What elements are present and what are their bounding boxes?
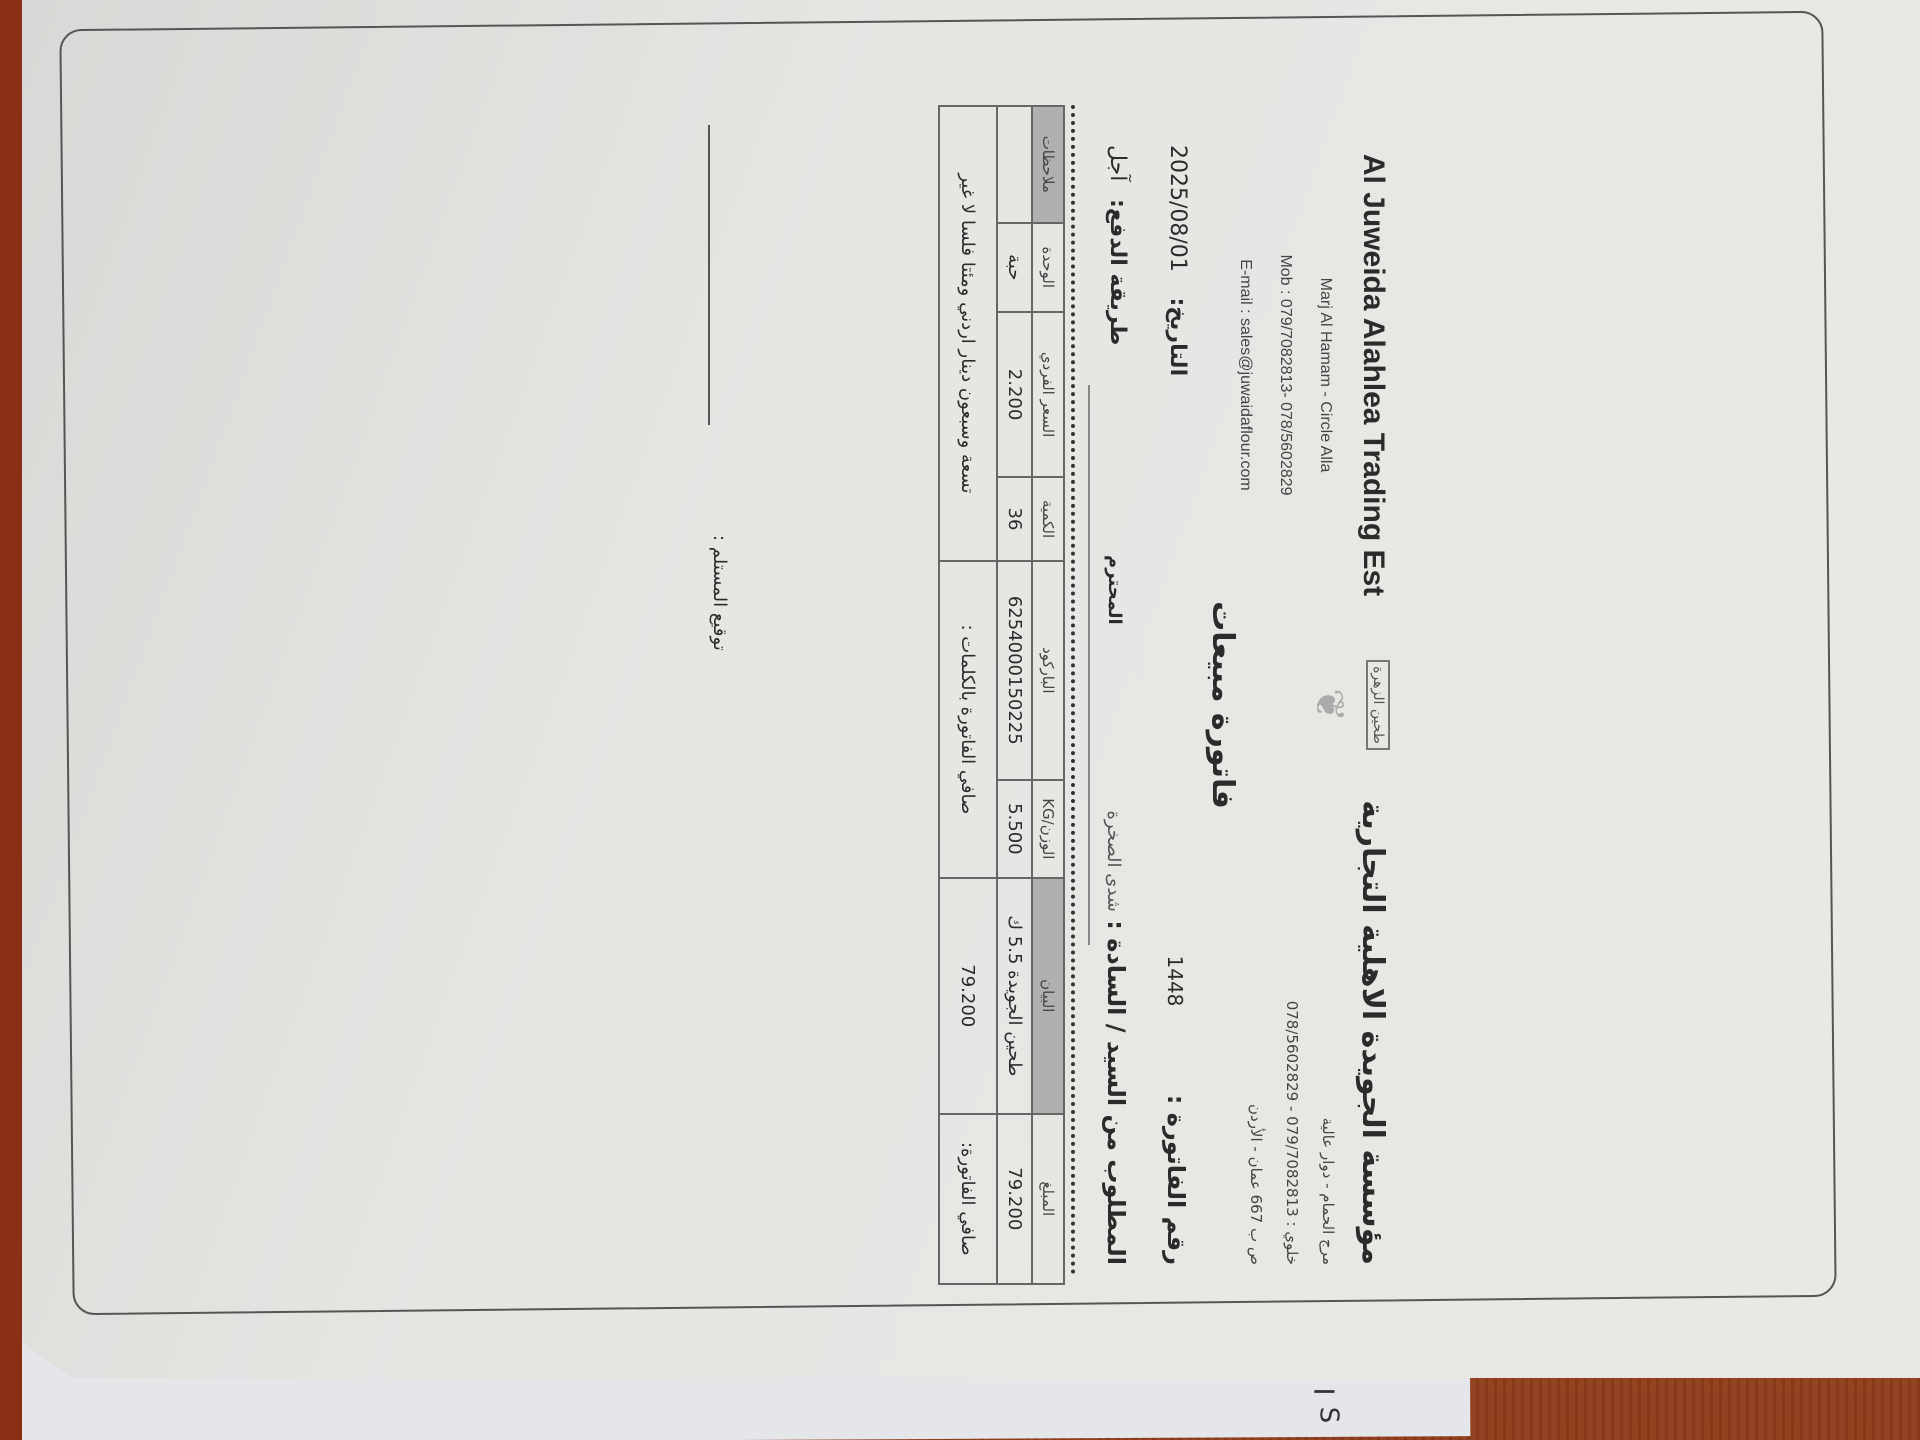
company-phone-arabic: خلوي : 079/7082813 - 078/5602829 [1283,745,1301,1265]
invoice-items-table: المبلغ البيان الوزن/KG الباركود الكمية ا… [938,105,1065,1285]
total-in-words-value: تسعة وسبعون دينار اردني ومئتا فلسا لا غي… [939,106,997,561]
header-amount: المبلغ [1032,1114,1064,1284]
cell-description: طحين الجويدة 5.5 ك [997,878,1032,1114]
customer-underline [1088,385,1090,945]
company-name-english: Al Juweida Alahlea Trading Est [1356,115,1390,635]
customer: المطلوب من السيد / السادة : شدى الصخرة [1102,810,1130,1265]
payment-label: طريقة الدفع: [1105,199,1130,345]
cell-weight: 5.500 [997,780,1032,878]
invoice-number-label: رقم الفاتورة : [1162,1095,1190,1265]
company-header-english: Al Juweida Alahlea Trading Est Marj Al H… [1236,115,1390,635]
net-total-label: صافي الفاتورة: [939,1114,997,1284]
invoice-document: مؤسسة الجويدة الاهلية التجارية مرج الحما… [60,85,1390,1325]
customer-name: شدى الصخرة [1103,810,1124,911]
cell-unit: حبة [997,223,1032,312]
header-description: البيان [1032,878,1064,1114]
company-address-english: Marj Al Hamam - Circle Alla [1316,115,1334,635]
total-in-words-label: صافي الفاتورة بالكلمات : [939,561,997,878]
customer-label: المطلوب من السيد / السادة : [1102,920,1130,1265]
cell-notes [997,106,1032,223]
invoice-date: التاريخ: 2025/08/01 [1165,145,1190,376]
signature-line [708,125,710,425]
cell-amount: 79.200 [997,1114,1032,1284]
payment-value: آجل [1105,145,1130,181]
company-name-arabic: مؤسسة الجويدة الاهلية التجارية [1355,745,1390,1265]
table-header-row: المبلغ البيان الوزن/KG الباركود الكمية ا… [1032,106,1064,1284]
wheat-emblem-icon: ❦ [1306,645,1352,765]
company-phone-english: Mob : 079/7082813- 078/5602829 [1276,115,1294,635]
wood-edge [0,0,22,1440]
header-weight: الوزن/KG [1032,780,1064,878]
date-label: التاريخ: [1165,297,1190,376]
invoice-number: رقم الفاتورة : 1448 [1162,956,1190,1266]
payment-method: طريقة الدفع: آجل [1105,145,1130,345]
invoice-title: فاتورة مبيعات [1205,595,1240,815]
recipient-signature-label: توقيع المستلم : [709,535,730,651]
header-quantity: الكمية [1032,477,1064,561]
cell-barcode: 6254000150225 [997,561,1032,780]
cell-unit-price: 2.200 [997,312,1032,477]
company-pobox-arabic: ص ب 667 عمان - الأردن [1247,745,1265,1265]
invoice-number-value: 1448 [1163,956,1187,1007]
net-total-value: 79.200 [939,878,997,1114]
underlying-paper-mark: S [1313,1407,1343,1424]
header-unit-price: السعر الفردي [1032,312,1064,477]
customer-honorific: المحترم [1104,555,1125,625]
cell-quantity: 36 [997,477,1032,561]
company-address-arabic: مرج الحمام - دوار عالية [1319,745,1337,1265]
dotted-separator [1071,105,1075,1275]
date-value: 2025/08/01 [1165,145,1190,272]
table-row: 79.200 طحين الجويدة 5.5 ك 5.500 62540001… [997,106,1032,1284]
header-barcode: الباركود [1032,561,1064,780]
header-unit: الوحدة [1032,223,1064,312]
underlying-paper-mark: I [1308,1387,1341,1395]
company-header-arabic: مؤسسة الجويدة الاهلية التجارية مرج الحما… [1247,745,1390,1265]
totals-row: صافي الفاتورة: 79.200 صافي الفاتورة بالك… [939,106,997,1284]
header-notes: ملاحظات [1032,106,1064,223]
logo-text: طحين الزهرة [1366,660,1390,750]
company-email-english: E-mail : sales@juwaidaflour.com [1236,115,1254,635]
company-logo: طحين الزهرة ❦ [1240,645,1390,765]
